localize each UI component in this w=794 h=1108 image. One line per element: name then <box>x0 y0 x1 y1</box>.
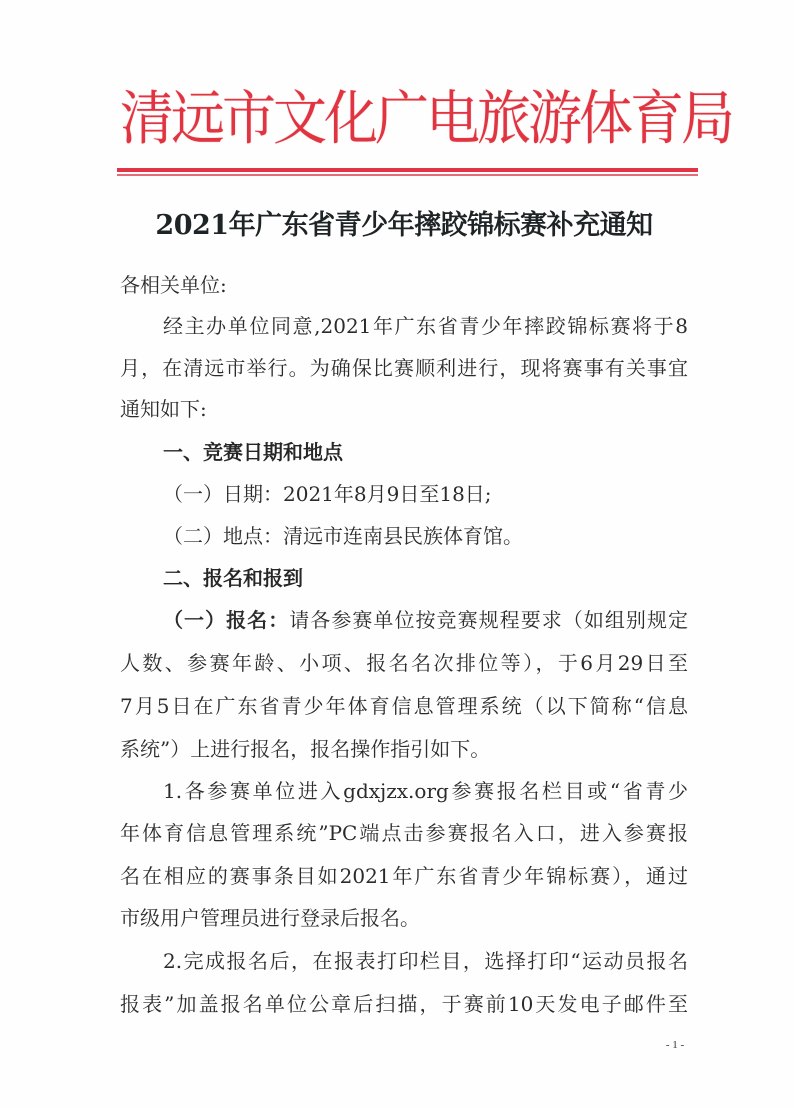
paragraph-line: 年体育信息管理系统”PC端点击参赛报名入口，进入参赛报 <box>120 818 688 848</box>
paragraph-line: （一）报名：请各参赛单位按竞赛规程要求（如组别规定 <box>163 605 688 635</box>
paragraph-line: 名在相应的赛事条目如2021年广东省青少年锦标赛），通过 <box>120 861 688 891</box>
paragraph-line: 人数、参赛年龄、小项、报名名次排位等），于6月29日至 <box>120 648 688 678</box>
salutation: 各相关单位: <box>120 270 688 300</box>
document-title: 2021年广东省青少年摔跤锦标赛补充通知 <box>120 204 688 248</box>
paragraph-line: 经主办单位同意,2021年广东省青少年摔跤锦标赛将于8 <box>163 311 688 341</box>
document-page: 清远市文化广电旅游体育局 2021年广东省青少年摔跤锦标赛补充通知 各相关单位:… <box>0 0 794 1108</box>
letterhead-org-name: 清远市文化广电旅游体育局 <box>120 80 690 158</box>
page-number: - 1 - <box>660 1036 690 1054</box>
letterhead-red-rule <box>117 168 698 172</box>
subsection-lead: （一）报名： <box>163 608 289 632</box>
paragraph-line: 月，在清远市举行。为确保比赛顺利进行，现将赛事有关事宜 <box>120 353 688 383</box>
letterhead-red-rule-thin <box>117 174 698 176</box>
paragraph-line: 2.完成报名后，在报表打印栏目，选择打印“运动员报名 <box>163 946 688 976</box>
paragraph-line: 系统”）上进行报名，报名操作指引如下。 <box>120 734 688 764</box>
paragraph-line-venue: （二）地点：清远市连南县民族体育馆。 <box>163 521 688 551</box>
paragraph-line-date: （一）日期：2021年8月9日至18日; <box>163 479 688 509</box>
paragraph-line: 通知如下: <box>120 394 688 424</box>
paragraph-line: 1.各参赛单位进入gdxjzx.org参赛报名栏目或“省青少 <box>163 776 688 806</box>
paragraph-line: 市级用户管理员进行登录后报名。 <box>120 903 688 933</box>
paragraph-line: 报表”加盖报名单位公章后扫描，于赛前10天发电子邮件至 <box>120 989 688 1019</box>
section-heading-2: 二、报名和报到 <box>163 563 688 593</box>
section-heading-1: 一、竞赛日期和地点 <box>163 437 688 467</box>
paragraph-text: 请各参赛单位按竞赛规程要求（如组别规定 <box>289 608 688 632</box>
paragraph-line: 7月5日在广东省青少年体育信息管理系统（以下简称“信息 <box>120 691 688 721</box>
